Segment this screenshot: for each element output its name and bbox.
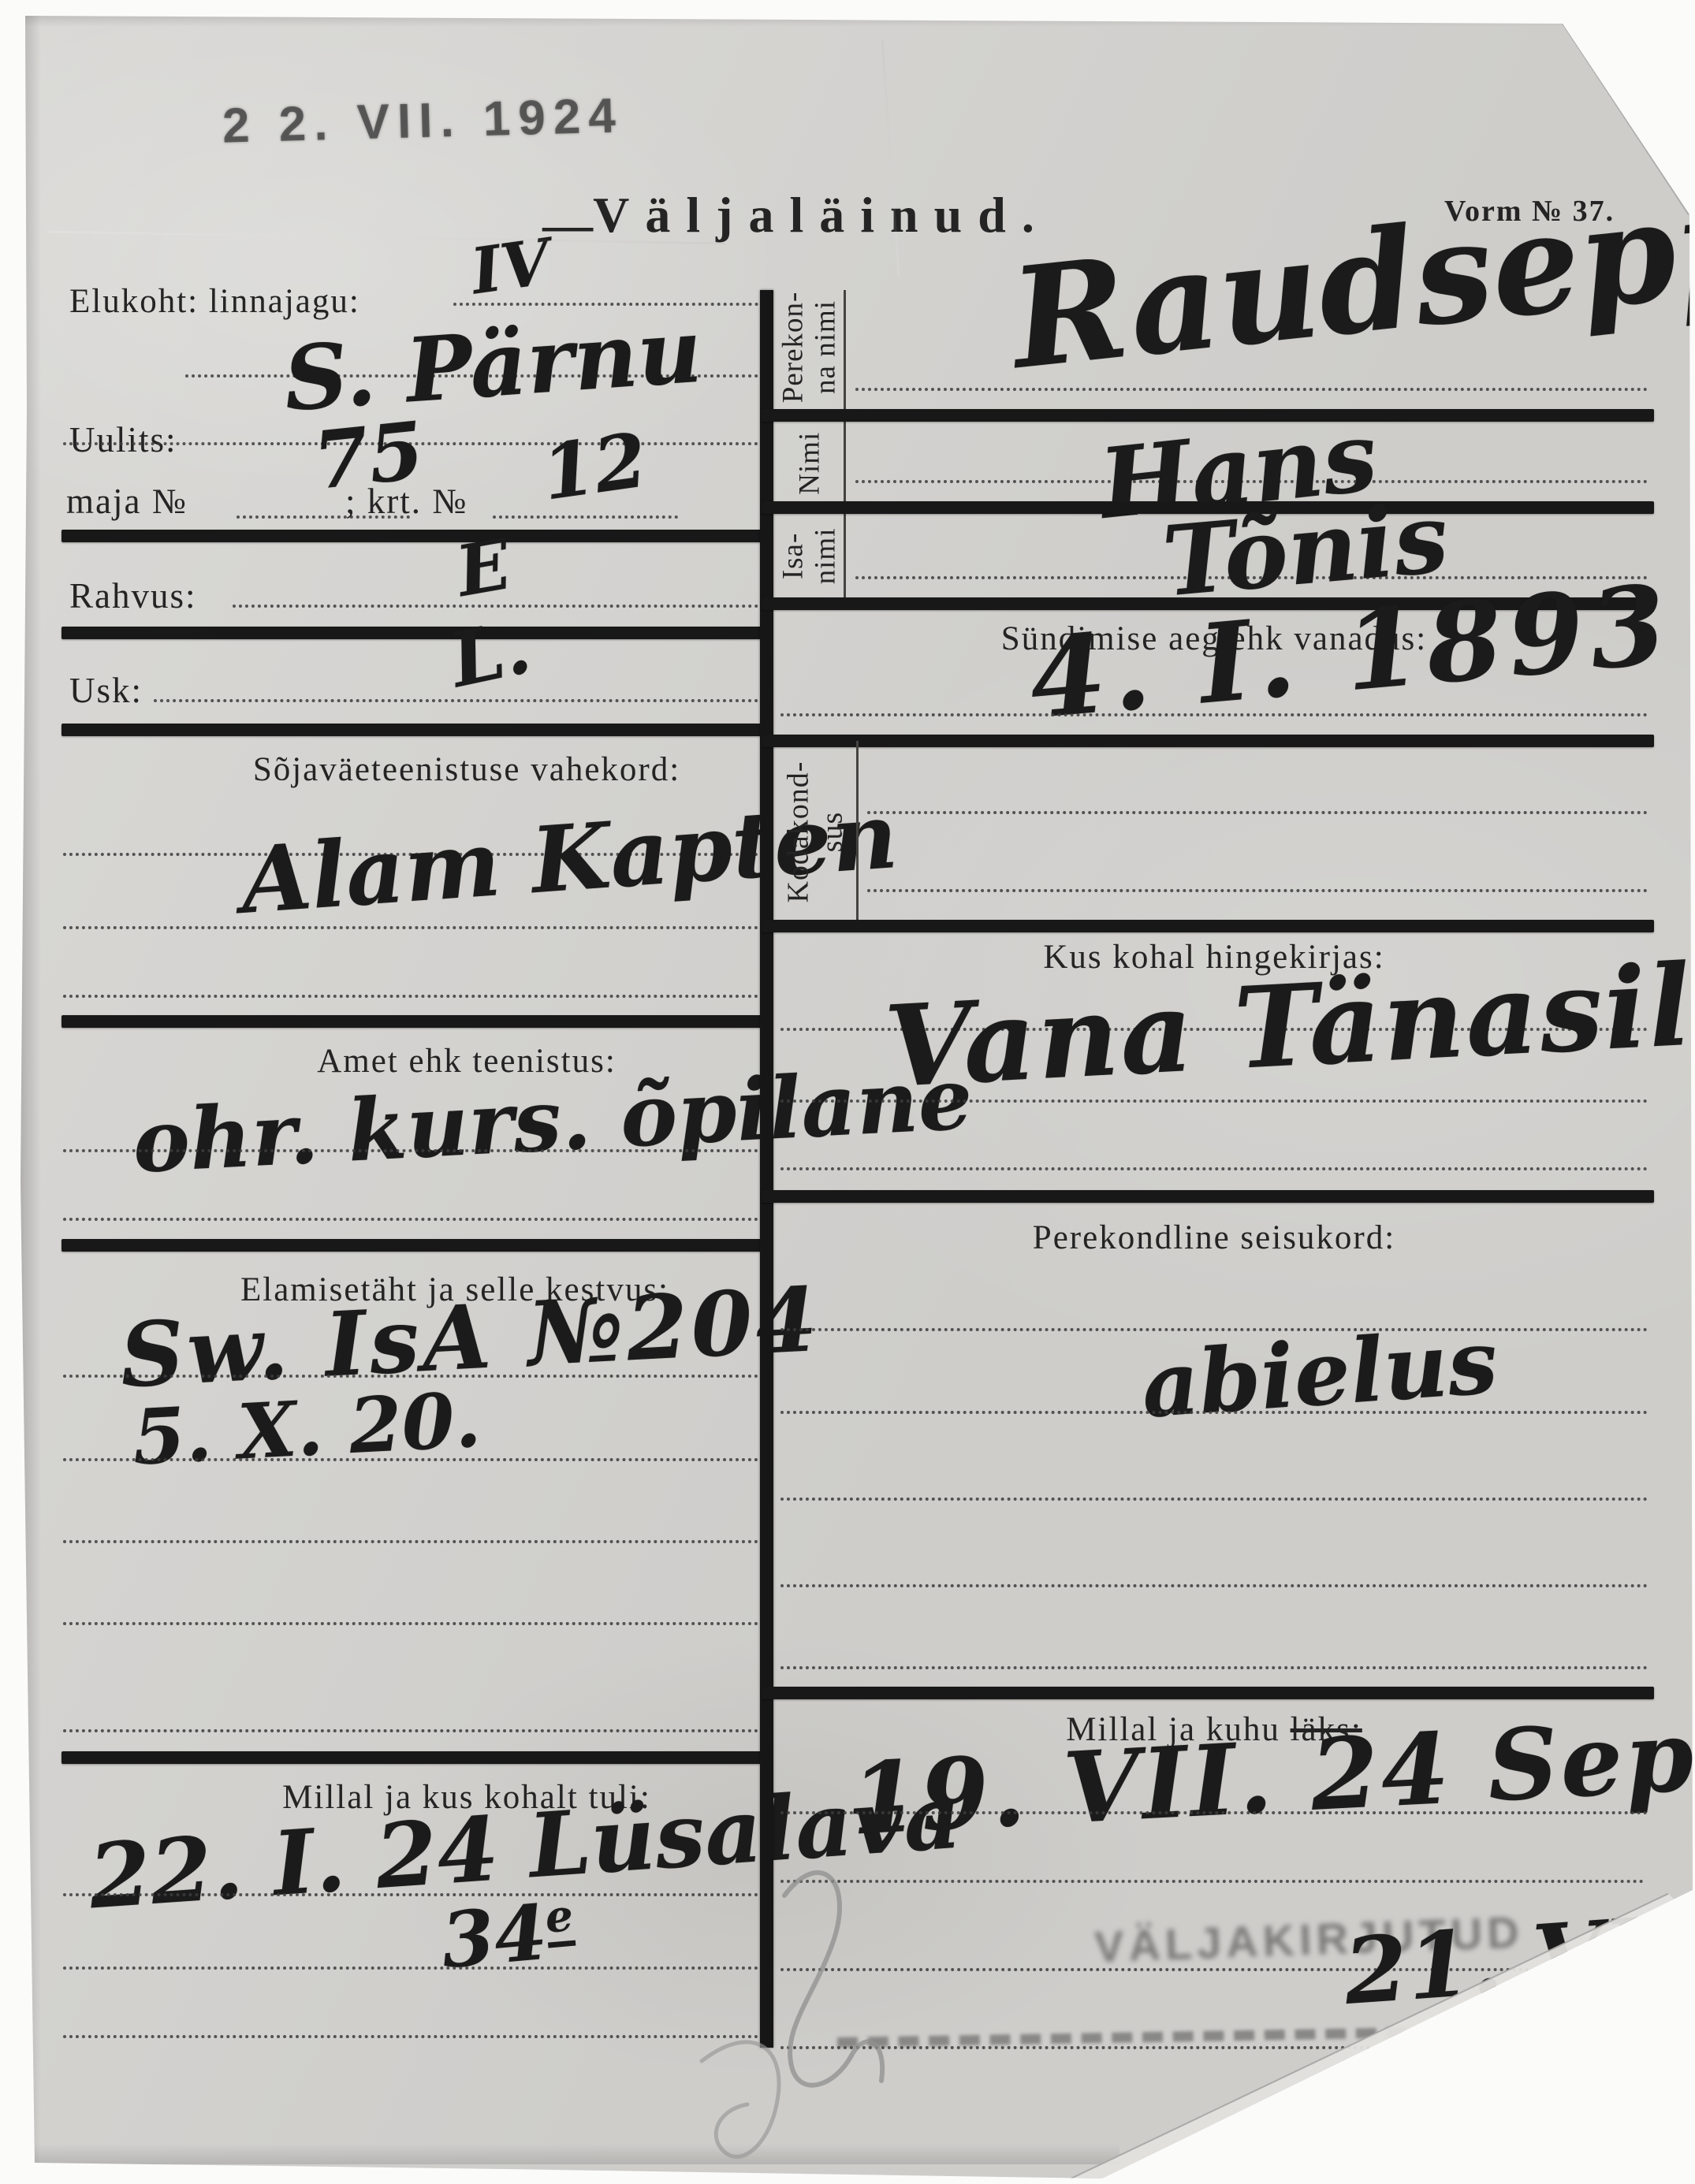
document-paper: 2 2. VII. 1924 —Väljaläinud. Vorm № 37. …: [0, 0, 1695, 2184]
field-label-elukoht: Elukoht: linnajagu:: [69, 282, 360, 321]
tuli-2-superscript: e: [543, 1889, 576, 1948]
dotted-line: [493, 515, 678, 519]
field-label-rahvus: Rahvus:: [69, 575, 197, 616]
paper-edge-shade-top: [20, 14, 1676, 27]
handwritten-stamp-date: 21. VII: [1342, 1903, 1692, 2018]
received-date-stamp: 2 2. VII. 1924: [222, 87, 624, 154]
field-label-maja: maja №: [66, 481, 188, 522]
rule-bar: [61, 530, 762, 542]
field-label-perekonnanimi-text: Perekon- na nimi: [777, 291, 843, 403]
dotted-line: [63, 1729, 758, 1732]
dotted-line: [780, 713, 1648, 716]
dotted-line: [63, 1540, 758, 1543]
dotted-line: [780, 1666, 1648, 1669]
sublabel-rule: [844, 290, 846, 597]
handwritten-linnajagu: IV: [468, 229, 554, 303]
paper-edge-shade-bottom: [32, 2144, 1119, 2164]
field-label-usk: Usk:: [69, 670, 143, 711]
field-label-kodakondsus: Kodakond- sus: [774, 745, 856, 920]
dotted-line: [63, 1149, 758, 1152]
paper-edge-shade-left: [20, 14, 41, 2166]
handwritten-krt-nr: 12: [538, 422, 651, 511]
dotted-line: [855, 388, 1648, 391]
dotted-line: [780, 1167, 1648, 1170]
rule-bar: [61, 724, 762, 736]
field-label-isanimi-text: Isa- nimi: [777, 527, 843, 584]
field-label-nimi: Nimi: [776, 426, 844, 501]
dotted-line: [63, 926, 758, 929]
dotted-line: [780, 1411, 1648, 1414]
section-label-seisukord: Perekondline seisukord:: [780, 1219, 1648, 1257]
handwritten-usk: L.: [444, 609, 536, 699]
dotted-line: [63, 1458, 758, 1461]
rule-bar: [61, 1015, 762, 1028]
dotted-line: [780, 1498, 1648, 1501]
dotted-line: [867, 889, 1648, 892]
dotted-line: [63, 1622, 758, 1625]
dotted-line: [63, 1218, 758, 1221]
dotted-line: [780, 1584, 1648, 1587]
dotted-line: [780, 1099, 1648, 1103]
rule-bar: [61, 627, 762, 639]
rule-bar: [61, 1751, 762, 1764]
rule-bar: [762, 735, 1654, 747]
field-label-kodakondsus-text: Kodakond- sus: [781, 761, 848, 903]
dotted-line: [867, 811, 1648, 814]
rule-bar: [762, 1190, 1654, 1203]
rule-bar: [762, 920, 1654, 932]
field-label-perekonnanimi: Perekon- na nimi: [776, 284, 844, 410]
dotted-line: [63, 995, 758, 998]
scanned-document: 2 2. VII. 1924 —Väljaläinud. Vorm № 37. …: [0, 0, 1695, 2184]
field-label-isanimi: Isa- nimi: [776, 514, 844, 597]
dotted-line: [780, 1811, 1648, 1814]
title-text: Väljaläinud.: [593, 187, 1050, 243]
dotted-line: [63, 1375, 758, 1378]
field-label-uulits: Uulits:: [69, 419, 177, 460]
center-divider-rule: [760, 290, 773, 2048]
pencil-signature-scribble: [654, 1860, 915, 2183]
handwritten-sundimise: 4. I. 1893: [1026, 570, 1677, 735]
section-label-sojavae: Sõjaväeteenistuse vahekord:: [118, 750, 815, 789]
sublabel-rule: [856, 741, 859, 922]
rule-bar: [61, 1239, 762, 1252]
handwritten-uulits: S. Pärnu: [281, 307, 705, 425]
handwritten-seisukord: abielus: [1139, 1318, 1500, 1431]
tuli-2-number: 34: [438, 1888, 550, 1985]
handwritten-elamisetaht-2: 5. X. 20.: [131, 1382, 482, 1476]
title-prefix-dash: —: [542, 195, 593, 254]
dotted-line: [154, 699, 758, 702]
field-label-krt: ; krt. №: [345, 481, 468, 522]
stamp-dashed-underline: [837, 2026, 1468, 2048]
field-label-nimi-text: Nimi: [793, 432, 825, 495]
rule-bar: [762, 1687, 1654, 1699]
